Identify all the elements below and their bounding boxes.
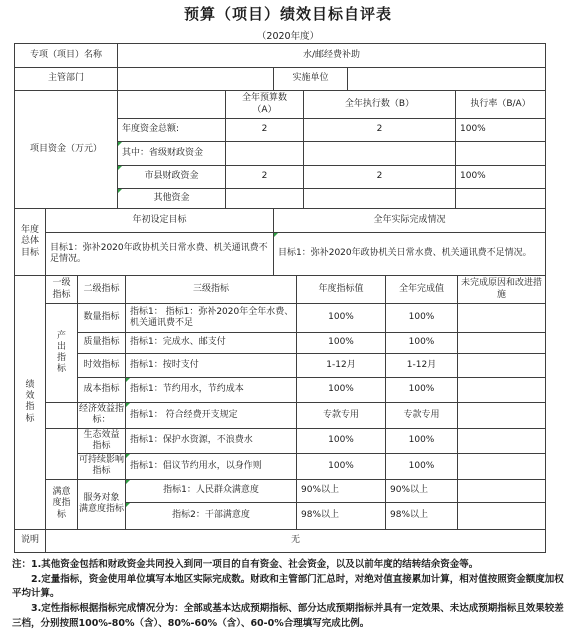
l2-economic-cell: 经济效益指 标：: [78, 403, 126, 429]
goals-set-text-cell: 目标1：弥补2020年政协机关日常水费、机关通讯费不足情况。: [46, 233, 274, 276]
l2-sustainable-cell: 可持续影响 指标: [78, 454, 126, 480]
l3-quantity-cell: 指标1： 指标1：弥补2020年全年水费、机关通讯费不足: [126, 304, 297, 333]
reason-cost-cell: [458, 378, 546, 403]
goals-col-done-header: 全年实际完成情况: [274, 209, 546, 233]
section-annual-goals: 年度 总体 目标 年初设定目标 全年实际完成情况 目标1：弥补2020年政协机关…: [14, 208, 546, 276]
funds-county-exec-cell: 2: [304, 166, 456, 189]
section-remark: 说明 无: [14, 529, 546, 553]
comment-flag-icon: [126, 454, 130, 458]
l2-quantity-cell: 数量指标: [78, 304, 126, 333]
l3-ecological-cell: 指标1：保护水资源，不浪费水: [126, 428, 297, 454]
funds-provincial-budget-cell: [226, 142, 304, 166]
funds-col-budget-header: 全年预算数 （A）: [226, 91, 304, 119]
indicators-row-label-cell: 绩 效 指 标: [15, 276, 46, 530]
impl-unit-value-cell: [348, 68, 546, 91]
footnote-2: 2.定量指标，资金使用单位填写本地区实际完成数。财政和主管部门汇总时，对绝对值直…: [12, 573, 570, 602]
done-quality-cell: 100%: [386, 333, 458, 354]
comment-flag-icon: [118, 142, 122, 146]
goals-row-label-cell: 年度 总体 目标: [15, 209, 46, 276]
funds-row-label-cell: 项目资金（万元）: [15, 91, 118, 209]
target-cost-cell: 100%: [297, 378, 386, 403]
footnote-1: 注：1.其他资金包括和财政资金共同投入到同一项目的自有资金、社会资金，以及以前年…: [12, 558, 570, 573]
impl-unit-label-cell: 实施单位: [274, 68, 348, 91]
remark-value-cell: 无: [46, 529, 546, 552]
page-subtitle: （2020年度）: [0, 28, 576, 42]
comment-flag-icon: [274, 233, 278, 237]
funds-col-exec-header: 全年执行数（B）: [304, 91, 456, 119]
l3-cadre-satisfaction-cell: 指标2：干部满意度: [126, 502, 297, 529]
group-benefit2-cell: [46, 428, 78, 479]
section-performance-indicators: 绩 效 指 标 一级 指标 二级指标 三级指标 年度指标值 全年完成值 未完成原…: [14, 275, 546, 530]
dept-label-cell: 主管部门: [15, 68, 118, 91]
reason-quality-cell: [458, 333, 546, 354]
remark-label-cell: 说明: [15, 529, 46, 552]
l2-cost-cell: 成本指标: [78, 378, 126, 403]
goals-done-text-cell: 目标1：弥补2020年政协机关日常水费、机关通讯费不足情况。: [274, 233, 546, 276]
funds-other-budget-cell: [226, 189, 304, 209]
group-satisfaction-cell: 满意 度指 标: [46, 479, 78, 529]
funds-blank-header-cell: [118, 91, 226, 119]
l3-cadre-satisfaction-text: 指标2：干部满意度: [172, 510, 250, 520]
footnote-3: 3.定性指标根据指标完成情况分为：全部或基本达成预期指标、部分达成预期指标并具有…: [12, 602, 570, 631]
done-economic-cell: 专款专用: [386, 403, 458, 429]
funds-other-label-cell: 其他资金: [118, 189, 226, 209]
reason-ecological-cell: [458, 428, 546, 454]
target-economic-cell: 专款专用: [297, 403, 386, 429]
funds-other-exec-cell: [304, 189, 456, 209]
footnotes: 注：1.其他资金包括和财政资金共同投入到同一项目的自有资金、社会资金，以及以前年…: [12, 558, 570, 632]
target-sustainable-cell: 100%: [297, 454, 386, 480]
project-name-value-cell: 水/邮经费补助: [118, 44, 546, 68]
done-ecological-cell: 100%: [386, 428, 458, 454]
l3-economic-text: 指标1： 符合经费开支规定: [130, 410, 238, 420]
evaluation-table: 专项（项目）名称 水/邮经费补助 主管部门 实施单位 项目资金（万元） 全年预算…: [14, 43, 545, 553]
l3-timeliness-cell: 指标1：按时支付: [126, 354, 297, 378]
funds-county-label: 市县财政资金: [144, 171, 198, 181]
target-cadre-satisfaction-cell: 98%以上: [297, 502, 386, 529]
indicators-l3-header: 三级指标: [126, 276, 297, 304]
done-public-satisfaction-cell: 90%以上: [386, 479, 458, 502]
indicators-l1-header: 一级 指标: [46, 276, 78, 304]
reason-sustainable-cell: [458, 454, 546, 480]
reason-economic-cell: [458, 403, 546, 429]
comment-flag-icon: [126, 403, 130, 407]
goals-col-set-header: 年初设定目标: [46, 209, 274, 233]
done-cadre-satisfaction-cell: 98%以上: [386, 502, 458, 529]
group-benefit-cell: [46, 403, 78, 429]
funds-provincial-rate-cell: [456, 142, 546, 166]
done-quantity-cell: 100%: [386, 304, 458, 333]
section-project-name: 专项（项目）名称 水/邮经费补助: [14, 43, 546, 68]
l3-sustainable-text: 指标1：倡议节约用水，以身作则: [130, 461, 262, 471]
l3-public-satisfaction-cell: 指标1：人民群众满意度: [126, 479, 297, 502]
target-quality-cell: 100%: [297, 333, 386, 354]
funds-other-rate-cell: [456, 189, 546, 209]
funds-total-budget-cell: 2: [226, 119, 304, 142]
section-project-funds: 项目资金（万元） 全年预算数 （A） 全年执行数（B） 执行率（B/A） 年度资…: [14, 90, 546, 209]
l3-cost-cell: 指标1：节约用水，节约成本: [126, 378, 297, 403]
reason-quantity-cell: [458, 304, 546, 333]
comment-flag-icon: [118, 189, 122, 193]
comment-flag-icon: [126, 503, 130, 507]
page-title: 预算（项目）绩效目标自评表: [0, 3, 576, 24]
comment-flag-icon: [126, 378, 130, 382]
l2-quality-cell: 质量指标: [78, 333, 126, 354]
l2-service-satisfaction-cell: 服务对象 满意度指标: [78, 479, 126, 529]
indicators-done-header: 全年完成值: [386, 276, 458, 304]
funds-county-budget-cell: 2: [226, 166, 304, 189]
funds-other-label: 其他资金: [153, 193, 189, 203]
l3-economic-cell: 指标1： 符合经费开支规定: [126, 403, 297, 429]
l3-cost-text: 指标1：节约用水，节约成本: [130, 384, 244, 394]
l3-quality-cell: 指标1：完成水、邮支付: [126, 333, 297, 354]
indicators-reason-header: 未完成原因和改进措施: [458, 276, 546, 304]
l2-timeliness-cell: 时效指标: [78, 354, 126, 378]
funds-provincial-label: 其中：省级财政资金: [122, 148, 203, 158]
comment-flag-icon: [118, 166, 122, 170]
reason-public-satisfaction-cell: [458, 479, 546, 502]
goals-done-text: 目标1：弥补2020年政协机关日常水费、机关通讯费不足情况。: [278, 248, 532, 258]
funds-county-label-cell: 市县财政资金: [118, 166, 226, 189]
group-output-cell: 产 出 指 标: [46, 304, 78, 403]
funds-total-label-cell: 年度资金总额:: [118, 119, 226, 142]
target-quantity-cell: 100%: [297, 304, 386, 333]
self-evaluation-form-page: 预算（项目）绩效目标自评表 （2020年度） 专项（项目）名称 水/邮经费补助 …: [0, 0, 576, 640]
l3-public-satisfaction-text: 指标1：人民群众满意度: [163, 485, 259, 495]
target-public-satisfaction-cell: 90%以上: [297, 479, 386, 502]
done-sustainable-cell: 100%: [386, 454, 458, 480]
done-timeliness-cell: 1-12月: [386, 354, 458, 378]
l2-ecological-cell: 生态效益 指标: [78, 428, 126, 454]
reason-cadre-satisfaction-cell: [458, 502, 546, 529]
section-departments: 主管部门 实施单位: [14, 67, 546, 91]
dept-value-cell: [118, 68, 274, 91]
funds-county-rate-cell: 100%: [456, 166, 546, 189]
l3-sustainable-cell: 指标1：倡议节约用水，以身作则: [126, 454, 297, 480]
funds-total-rate-cell: 100%: [456, 119, 546, 142]
reason-timeliness-cell: [458, 354, 546, 378]
funds-total-exec-cell: 2: [304, 119, 456, 142]
funds-provincial-label-cell: 其中：省级财政资金: [118, 142, 226, 166]
indicators-l2-header: 二级指标: [78, 276, 126, 304]
target-ecological-cell: 100%: [297, 428, 386, 454]
comment-flag-icon: [126, 480, 130, 484]
target-timeliness-cell: 1-12月: [297, 354, 386, 378]
indicators-target-header: 年度指标值: [297, 276, 386, 304]
funds-provincial-exec-cell: [304, 142, 456, 166]
funds-col-rate-header: 执行率（B/A）: [456, 91, 546, 119]
project-name-label-cell: 专项（项目）名称: [15, 44, 118, 68]
done-cost-cell: 100%: [386, 378, 458, 403]
